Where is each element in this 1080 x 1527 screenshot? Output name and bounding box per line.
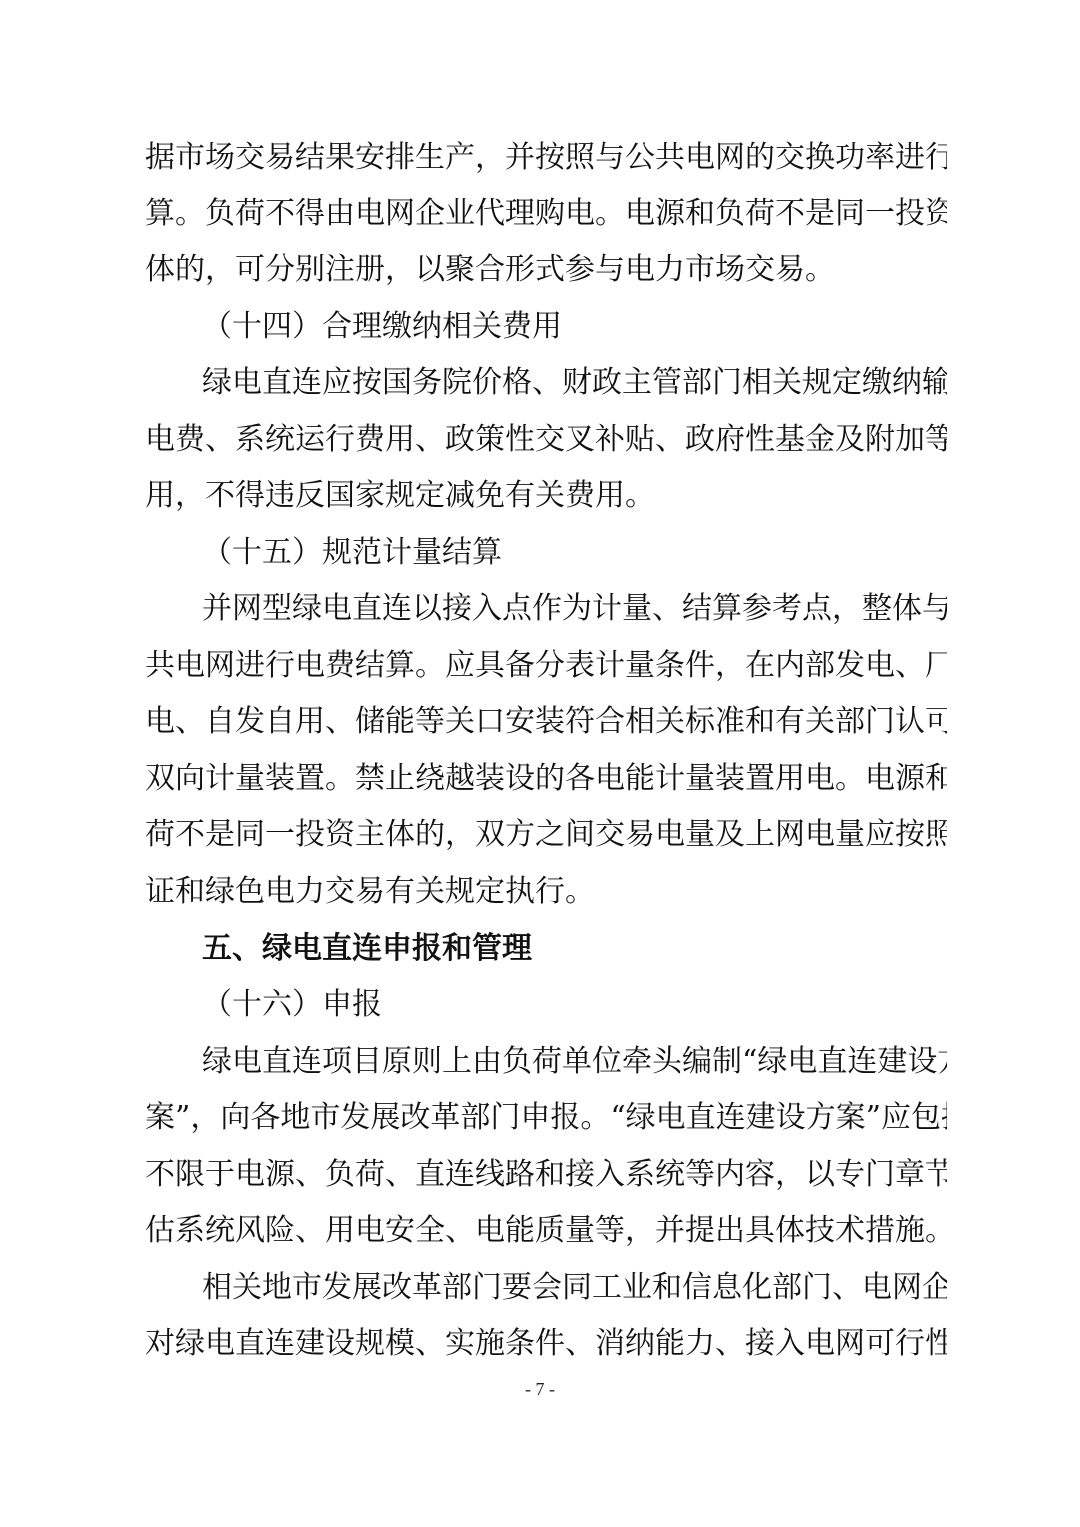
paragraph-line: 证和绿色电力交易有关规定执行。: [145, 872, 947, 912]
paragraph-line: 案”，向各地市发展改革部门申报。“绿电直连建设方案”应包括并: [145, 1098, 947, 1138]
paragraph-line: 共电网进行电费结算。应具备分表计量条件，在内部发电、厂用: [145, 646, 947, 686]
paragraph-line: 荷不是同一投资主体的，双方之间交易电量及上网电量应按照绿: [145, 815, 947, 855]
subsection-heading: （十四）合理缴纳相关费用: [202, 307, 802, 347]
paragraph-line: 电费、系统运行费用、政策性交叉补贴、政府性基金及附加等费: [145, 420, 947, 460]
paragraph-line: 电、自发自用、储能等关口安装符合相关标准和有关部门认可的: [145, 702, 947, 742]
paragraph-line: 相关地市发展改革部门要会同工业和信息化部门、电网企业，: [202, 1268, 947, 1308]
section-heading: 五、绿电直连申报和管理: [202, 929, 802, 969]
paragraph-line: 并网型绿电直连以接入点作为计量、结算参考点，整体与公: [202, 589, 947, 629]
document-page: 据市场交易结果安排生产，并按照与公共电网的交换功率进行结 算。负荷不得由电网企业…: [0, 0, 1080, 1527]
paragraph-line: 对绿电直连建设规模、实施条件、消纳能力、接入电网可行性等: [145, 1324, 947, 1364]
paragraph-line: 体的，可分别注册，以聚合形式参与电力市场交易。: [145, 250, 947, 290]
paragraph-line: 用，不得违反国家规定减免有关费用。: [145, 476, 947, 516]
paragraph-line: 双向计量装置。禁止绕越装设的各电能计量装置用电。电源和负: [145, 759, 947, 799]
subsection-heading: （十六）申报: [202, 985, 802, 1025]
subsection-heading: （十五）规范计量结算: [202, 533, 802, 573]
paragraph-line: 不限于电源、负荷、直连线路和接入系统等内容，以专门章节评: [145, 1155, 947, 1195]
paragraph-line: 绿电直连应按国务院价格、财政主管部门相关规定缴纳输配: [202, 363, 947, 403]
paragraph-line: 据市场交易结果安排生产，并按照与公共电网的交换功率进行结: [145, 138, 947, 178]
paragraph-line: 算。负荷不得由电网企业代理购电。电源和负荷不是同一投资主: [145, 194, 947, 234]
paragraph-line: 估系统风险、用电安全、电能质量等，并提出具体技术措施。: [145, 1211, 947, 1251]
paragraph-line: 绿电直连项目原则上由负荷单位牵头编制“绿电直连建设方: [202, 1042, 947, 1082]
page-number: - 7 -: [0, 1378, 1080, 1400]
